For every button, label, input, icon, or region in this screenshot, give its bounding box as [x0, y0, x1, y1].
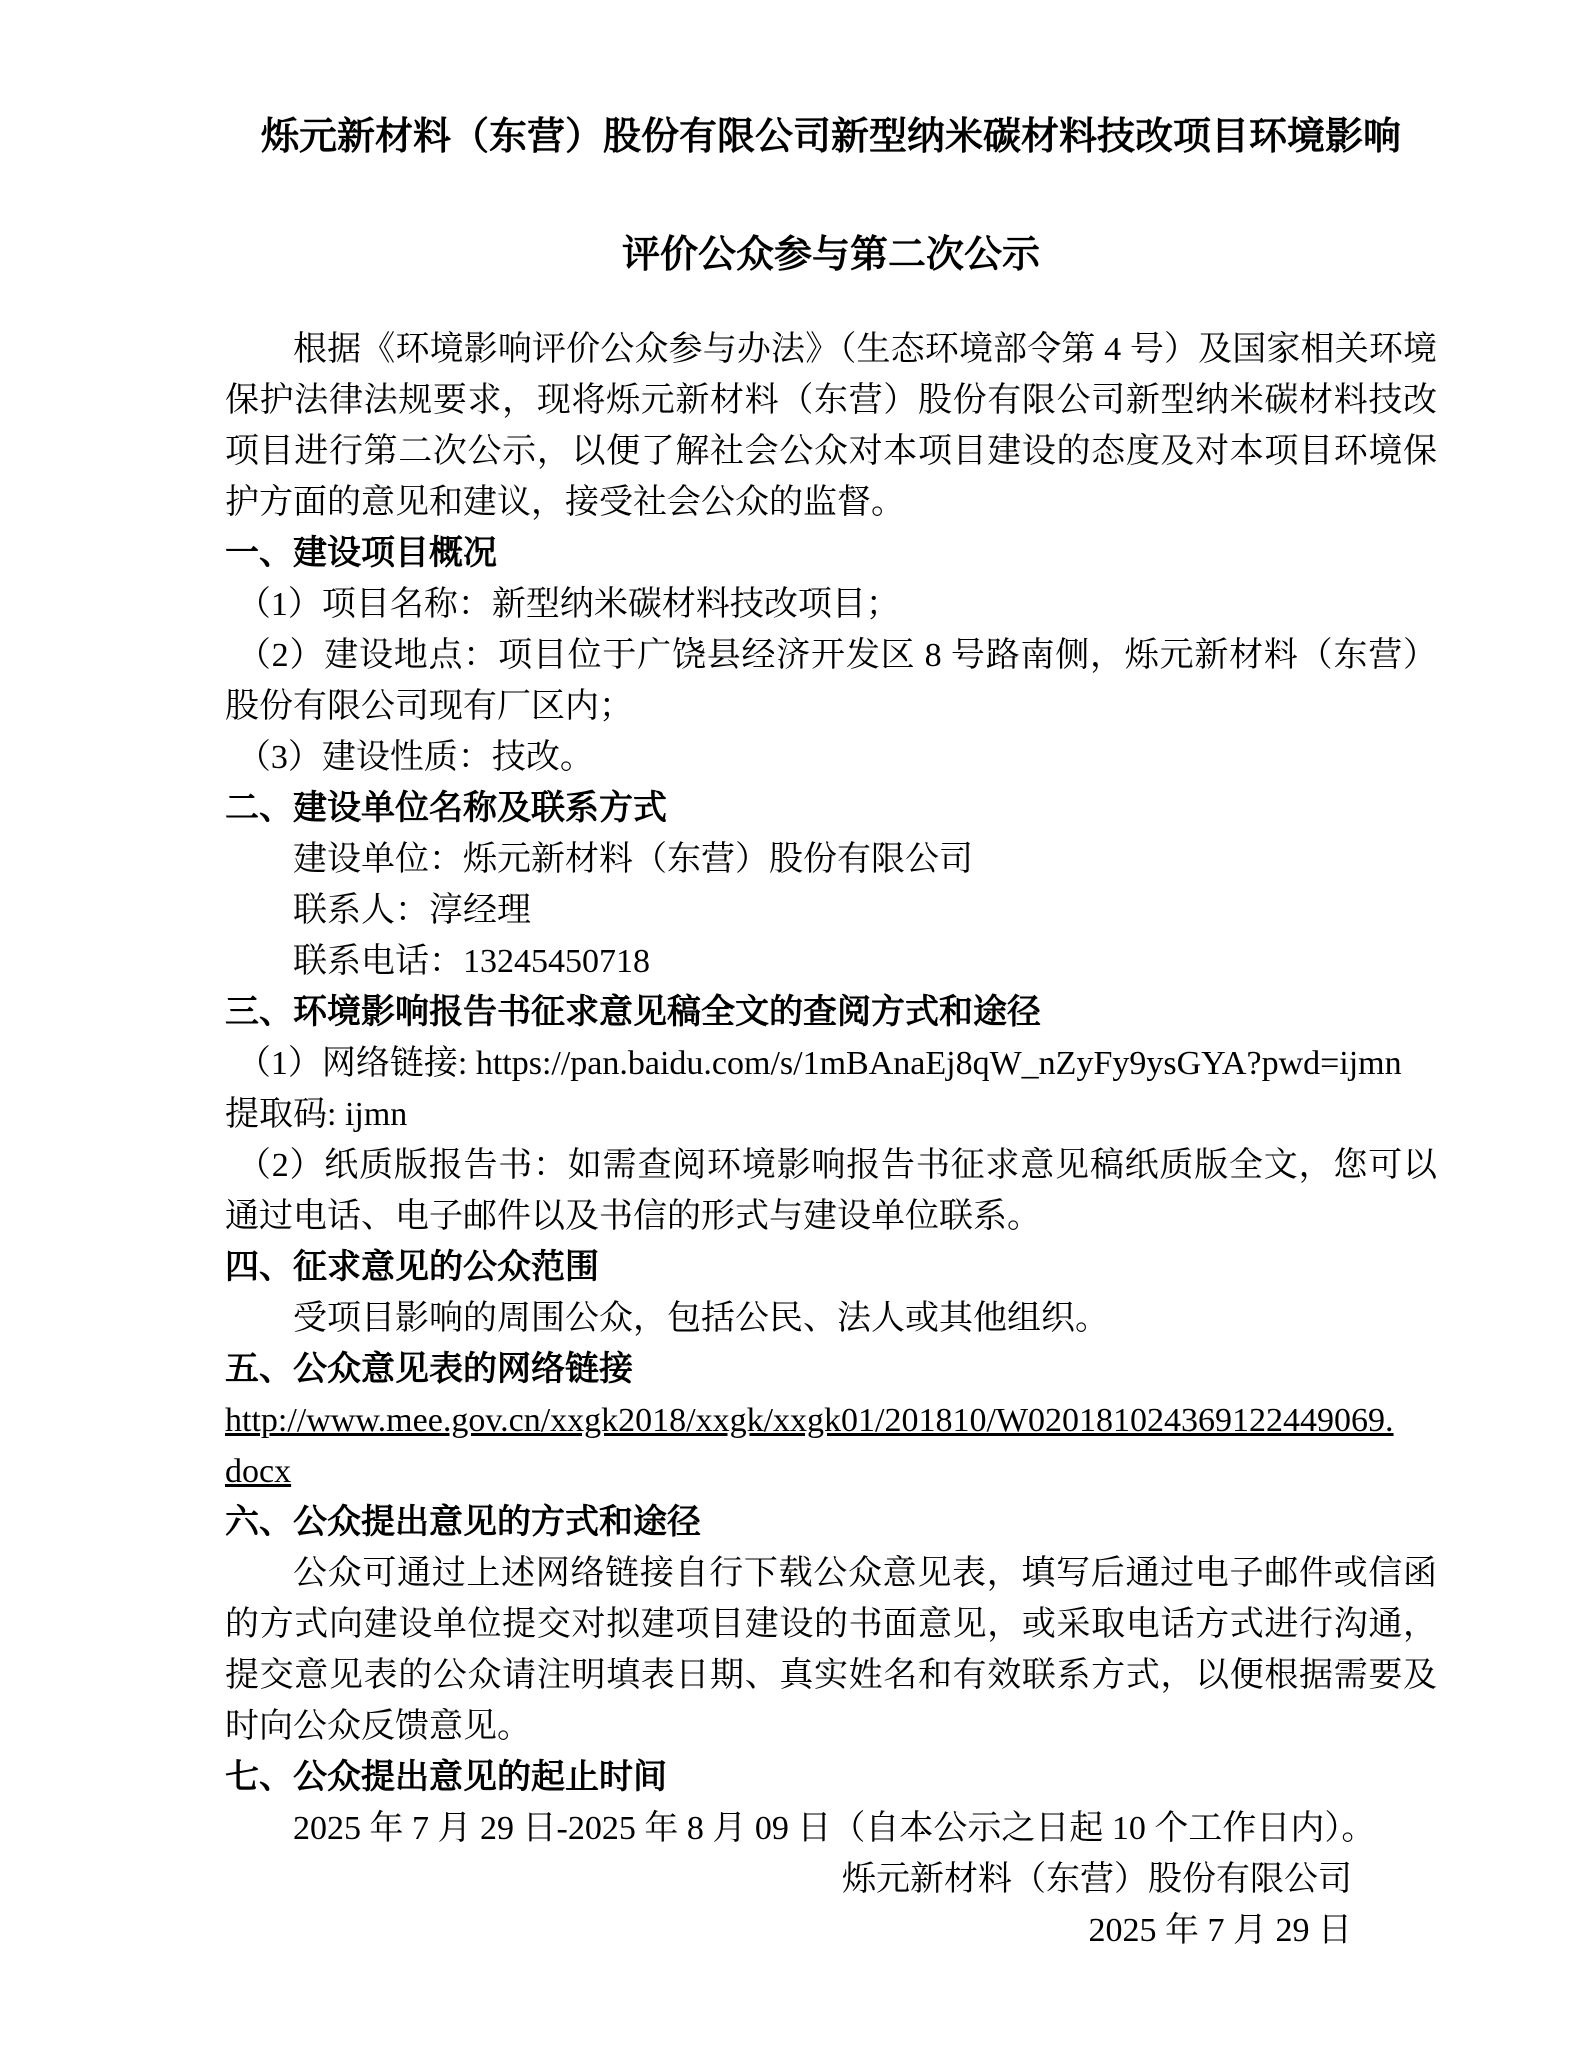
section-1-heading: 一、建设项目概况	[225, 528, 1437, 579]
network-link-label: （1）网络链接:	[237, 1045, 476, 1082]
section-2-phone-line: 联系电话：13245450718	[225, 936, 1437, 987]
document-title-line1: 烁元新材料（东营）股份有限公司新型纳米碳材料技改项目环境影响	[225, 78, 1437, 196]
section-4-body: 受项目影响的周围公众，包括公民、法人或其他组织。	[225, 1293, 1437, 1344]
section-2-company-line: 建设单位：烁元新材料（东营）股份有限公司	[225, 834, 1437, 885]
document-page: 烁元新材料（东营）股份有限公司新型纳米碳材料技改项目环境影响 评价公众参与第二次…	[0, 0, 1587, 2069]
section-4-heading: 四、征求意见的公众范围	[225, 1242, 1437, 1293]
section-3-paper-report-line: （2）纸质版报告书：如需查阅环境影响报告书征求意见稿纸质版全文，您可以通过电话、…	[225, 1140, 1437, 1242]
mee-gov-link-part1[interactable]: http://www.mee.gov.cn/xxgk2018/xxgk/xxgk…	[225, 1402, 1394, 1439]
baidu-pan-url: https://pan.baidu.com/s/1mBAnaEj8qW_nZyF…	[476, 1045, 1402, 1082]
section-1-item-location: （2）建设地点：项目位于广饶县经济开发区 8 号路南侧，烁元新材料（东营）股份有…	[225, 630, 1437, 732]
section-2-heading: 二、建设单位名称及联系方式	[225, 783, 1437, 834]
section-2-contact-line: 联系人：淳经理	[225, 885, 1437, 936]
opinion-form-link-line2: docx	[225, 1446, 1437, 1497]
section-1-item-nature: （3）建设性质：技改。	[225, 732, 1437, 783]
section-7-heading: 七、公众提出意见的起止时间	[225, 1752, 1437, 1803]
section-3-extract-code-line: 提取码: ijmn	[225, 1089, 1437, 1140]
opinion-form-link-line1: http://www.mee.gov.cn/xxgk2018/xxgk/xxgk…	[225, 1395, 1437, 1446]
mee-gov-link-part2[interactable]: docx	[225, 1453, 291, 1490]
section-6-heading: 六、公众提出意见的方式和途径	[225, 1497, 1437, 1548]
intro-paragraph: 根据《环境影响评价公众参与办法》（生态环境部令第 4 号）及国家相关环境保护法律…	[225, 324, 1437, 528]
section-3-heading: 三、环境影响报告书征求意见稿全文的查阅方式和途径	[225, 987, 1437, 1038]
section-5-heading: 五、公众意见表的网络链接	[225, 1344, 1437, 1395]
section-6-body: 公众可通过上述网络链接自行下载公众意见表，填写后通过电子邮件或信函的方式向建设单…	[225, 1548, 1437, 1752]
signature-date: 2025 年 7 月 29 日	[225, 1905, 1437, 1956]
section-3-network-link-line: （1）网络链接: https://pan.baidu.com/s/1mBAnaE…	[225, 1038, 1437, 1089]
document-title-line2: 评价公众参与第二次公示	[225, 196, 1437, 314]
section-1-item-project-name: （1）项目名称：新型纳米碳材料技改项目；	[225, 579, 1437, 630]
signature-company: 烁元新材料（东营）股份有限公司	[225, 1854, 1437, 1905]
document-body: 根据《环境影响评价公众参与办法》（生态环境部令第 4 号）及国家相关环境保护法律…	[225, 324, 1437, 1956]
document-title: 烁元新材料（东营）股份有限公司新型纳米碳材料技改项目环境影响 评价公众参与第二次…	[225, 78, 1437, 314]
section-7-body: 2025 年 7 月 29 日-2025 年 8 月 09 日（自本公示之日起 …	[225, 1803, 1437, 1854]
